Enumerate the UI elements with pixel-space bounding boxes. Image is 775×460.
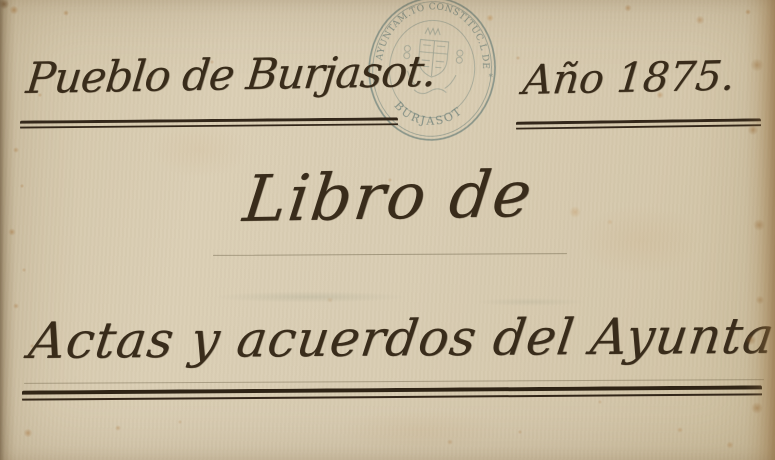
pueblo-title-double-underline [20, 117, 398, 129]
page-right-edge-stain [745, 0, 775, 460]
stamp-arc-bottom-text: BURJASOT [390, 98, 466, 131]
page-left-edge-shadow [0, 0, 16, 460]
manuscript-page: AYUNTAM.TO CONSTITUC.L DE BURJASOT * * P… [0, 0, 775, 460]
pencil-guide-line [213, 253, 567, 256]
pueblo-title: Pueblo de Burjasot. [24, 51, 438, 101]
year-title: Año 1875. [521, 56, 737, 101]
book-title-double-underline [22, 385, 762, 401]
year-title-double-underline [516, 118, 761, 130]
book-title-line2-text: Actas y acuerdos del Ayuntam [25, 306, 775, 370]
stamp-star-right-icon: * [488, 73, 494, 83]
book-title-line1: Libro de [240, 163, 537, 232]
pencil-guide-line-2 [24, 379, 764, 384]
book-title-line2: Actas y acuerdos del Ayuntamto [26, 310, 775, 366]
